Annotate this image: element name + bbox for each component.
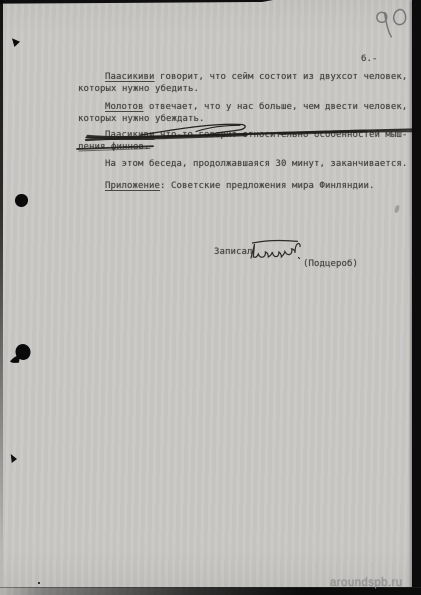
document-line: На этом беседа, продолжавшаяся 30 минут,… xyxy=(78,158,407,170)
underlined-speaker-name: Паасикиви xyxy=(105,130,155,140)
paragraph-conversation-end: На этом беседа, продолжавшаяся 30 минут,… xyxy=(78,158,407,170)
document-line-struck: Паасикиви что-то говорит относительно ос… xyxy=(78,129,407,141)
document-line: Приложение: Советские предложения мира Ф… xyxy=(78,180,374,192)
document-line: которых нужно убеждать. xyxy=(78,113,407,125)
paragraph-paasikivi-statement: Паасикиви говорит, что сейм состоит из д… xyxy=(78,71,407,95)
underlined-attachment-word: Приложение xyxy=(105,181,160,191)
typed-signature-name: (Подцероб) xyxy=(303,258,358,270)
ink-speck-lower-left xyxy=(10,454,17,463)
underlined-speaker-name: Молотов xyxy=(105,102,144,112)
document-line: Паасикиви говорит, что сейм состоит из д… xyxy=(78,71,407,83)
scanned-document-page: 6.- Паасикиви говорит, что сейм состоит … xyxy=(0,0,421,595)
underlined-speaker-name: Паасикиви xyxy=(105,72,155,82)
handwritten-corner-number xyxy=(377,9,406,36)
document-line: которых нужно убедить. xyxy=(78,83,407,95)
pencil-smudge xyxy=(394,205,400,214)
punch-hole-mark xyxy=(15,194,28,207)
recorded-by-label: Записал xyxy=(214,246,253,258)
document-line: Молотов отвечает, что у нас больше, чем … xyxy=(78,101,407,113)
scan-edge-right xyxy=(412,0,421,595)
ink-blot xyxy=(10,342,32,363)
ink-speck-top-left xyxy=(12,37,20,47)
document-line-struck: ления финнов. xyxy=(78,141,407,153)
dust-speck xyxy=(38,582,40,584)
watermark-text: aroundspb.ru xyxy=(330,577,403,589)
paragraph-attachment: Приложение: Советские предложения мира Ф… xyxy=(78,180,374,192)
scan-edge-top xyxy=(0,0,273,4)
paragraph-molotov-reply: Молотов отвечает, что у нас больше, чем … xyxy=(78,101,407,125)
page-number: 6.- xyxy=(361,53,378,65)
paragraph-struck-out: Паасикиви что-то говорит относительно ос… xyxy=(78,129,407,153)
handwritten-signature xyxy=(251,241,300,259)
scan-edge-left xyxy=(0,0,3,595)
